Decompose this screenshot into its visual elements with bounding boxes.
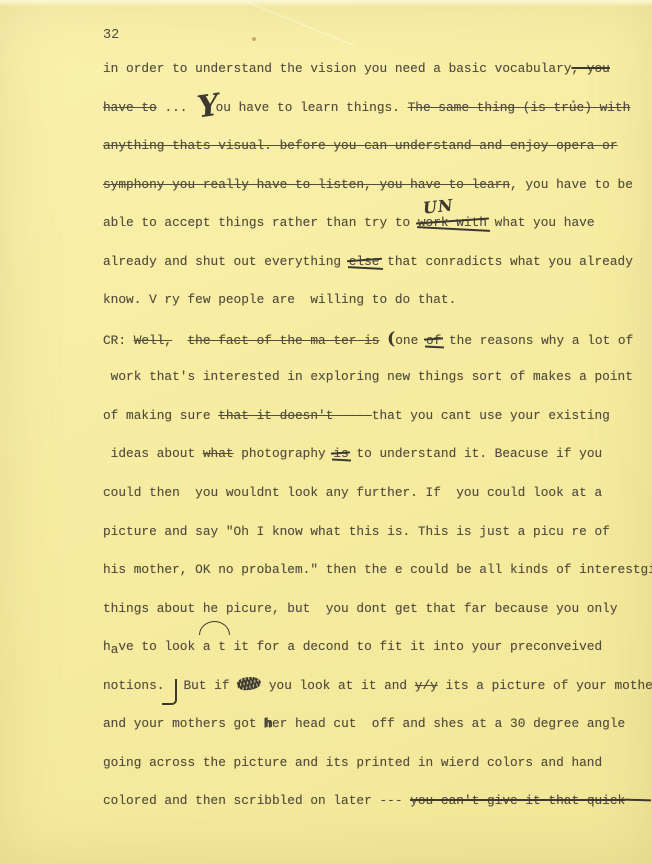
struck-text: that it doesn't ---- — [218, 408, 372, 423]
typed-line-12: could then you wouldnt look any further.… — [103, 474, 638, 513]
typed-text: that conradicts what you already — [379, 254, 632, 269]
struck-text: Well, — [134, 333, 172, 348]
typed-text: going across the picture and its printed… — [103, 755, 602, 770]
typed-text: know. V ry few people are willing to do … — [103, 292, 456, 307]
typed-text: But if — [183, 678, 237, 693]
typed-line-16: have to look a t it for a decond to fit … — [103, 628, 638, 667]
typed-line-18: and your mothers got her head cut off an… — [103, 705, 638, 744]
scribbled-out-word: of — [426, 322, 441, 361]
ink-scribble — [237, 675, 262, 691]
dropped-letter: a — [111, 631, 119, 670]
margin-corner-mark — [162, 679, 177, 705]
struck-text: the fact of the ma ter is — [187, 333, 379, 348]
typed-text: and your mothers got — [103, 716, 264, 731]
typed-line-6: already and shut out everything else tha… — [103, 243, 638, 282]
typed-line-2: have to ... You have to learn things. Th… — [103, 89, 638, 128]
typed-line-1: in order to understand the vision you ne… — [103, 50, 638, 89]
typed-text-block: in order to understand the vision you ne… — [103, 50, 638, 821]
page-number: 32 — [103, 28, 119, 43]
typed-text: ve to look — [118, 639, 202, 654]
struck-text: have to — [103, 100, 157, 115]
typed-line-14: his mother, OK no probalem." then the e … — [103, 551, 638, 590]
typed-text: photography — [234, 446, 334, 461]
typed-text: the reasons why a lot of — [441, 333, 633, 348]
struck-text: The same thing (is true) with — [408, 100, 631, 115]
scribbled-out-word: is — [333, 435, 348, 474]
typed-line-7: know. V ry few people are willing to do … — [103, 281, 638, 320]
handwritten-capital-y: Y — [198, 105, 219, 108]
typed-text: h — [103, 639, 111, 654]
struck-text: y/y — [415, 678, 438, 693]
typed-text: in order to understand the vision you ne… — [103, 61, 571, 76]
typed-text: one — [395, 333, 426, 348]
typed-text — [172, 333, 187, 348]
typed-text: ou have to learn things. — [216, 100, 408, 115]
typed-text: that you cant use your existing — [372, 408, 610, 423]
paper-speck — [252, 37, 256, 41]
typed-text: ... — [157, 100, 195, 115]
typed-text: already and shut out everything — [103, 254, 349, 269]
typed-text: you look at it and — [261, 678, 415, 693]
typed-text: it for a decond to fit it into your prec… — [226, 639, 602, 654]
struck-text: anything thats visual. before you can un… — [103, 138, 618, 153]
tie-mark-letters: a t — [203, 628, 226, 667]
typed-text: able to accept things rather than try to — [103, 215, 418, 230]
typed-line-9: work that's interested in exploring new … — [103, 358, 638, 397]
typed-text: what you have — [487, 215, 595, 230]
typed-line-17: notions.But if you look at it and y/y it… — [103, 667, 638, 706]
scribbled-out-word: else — [349, 243, 380, 282]
typed-line-5: able to accept things rather than try to… — [103, 204, 638, 243]
typed-text: ideas about — [103, 446, 203, 461]
scribbled-out-word: work withUN — [418, 204, 487, 243]
paper-top-edge — [0, 0, 652, 7]
typed-text: could then you wouldnt look any further.… — [103, 485, 602, 500]
typed-text: his mother, OK no probalem." then the e … — [103, 562, 652, 577]
typed-text: picture and say "Oh I know what this is.… — [103, 524, 610, 539]
typed-line-3: anything thats visual. before you can un… — [103, 127, 638, 166]
struck-text: what — [203, 446, 234, 461]
typed-text: to understand it. Beacuse if you — [349, 446, 602, 461]
typed-line-10: of making sure that it doesn't ----that … — [103, 397, 638, 436]
typed-text: notions. — [103, 678, 164, 693]
typed-text: CR: — [103, 333, 134, 348]
typed-line-11: ideas about what photography is to under… — [103, 435, 638, 474]
typed-line-4: symphony you really have to listen, you … — [103, 166, 638, 205]
typed-text: things about he picure, but you dont get… — [103, 601, 618, 616]
typed-text: its a picture of your mother — [438, 678, 652, 693]
typed-line-8: CR: Well, the fact of the ma ter is (one… — [103, 320, 638, 359]
handwritten-paren: ( — [387, 329, 395, 349]
typed-text: colored and then scribbled on later --- — [103, 793, 410, 808]
overtyped-letter: h — [264, 716, 272, 731]
hand-struck-text: , you — [571, 61, 609, 76]
typed-line-20: colored and then scribbled on later --- … — [103, 782, 638, 821]
document-page: 32 in order to understand the vision you… — [0, 0, 652, 864]
hand-struck-text: you can't give it that quick — [410, 793, 625, 808]
handwritten-annotation: UN — [421, 187, 455, 229]
typed-text: er head cut off and shes at a 30 degree … — [272, 716, 625, 731]
typed-text: of making sure — [103, 408, 218, 423]
typed-text: work that's interested in exploring new … — [103, 369, 633, 384]
typed-line-19: going across the picture and its printed… — [103, 744, 638, 783]
typed-line-13: picture and say "Oh I know what this is.… — [103, 513, 638, 552]
typed-line-15: things about he picure, but you dont get… — [103, 590, 638, 629]
typed-text: , you have to be — [510, 177, 633, 192]
strike-line-extension — [625, 799, 651, 802]
